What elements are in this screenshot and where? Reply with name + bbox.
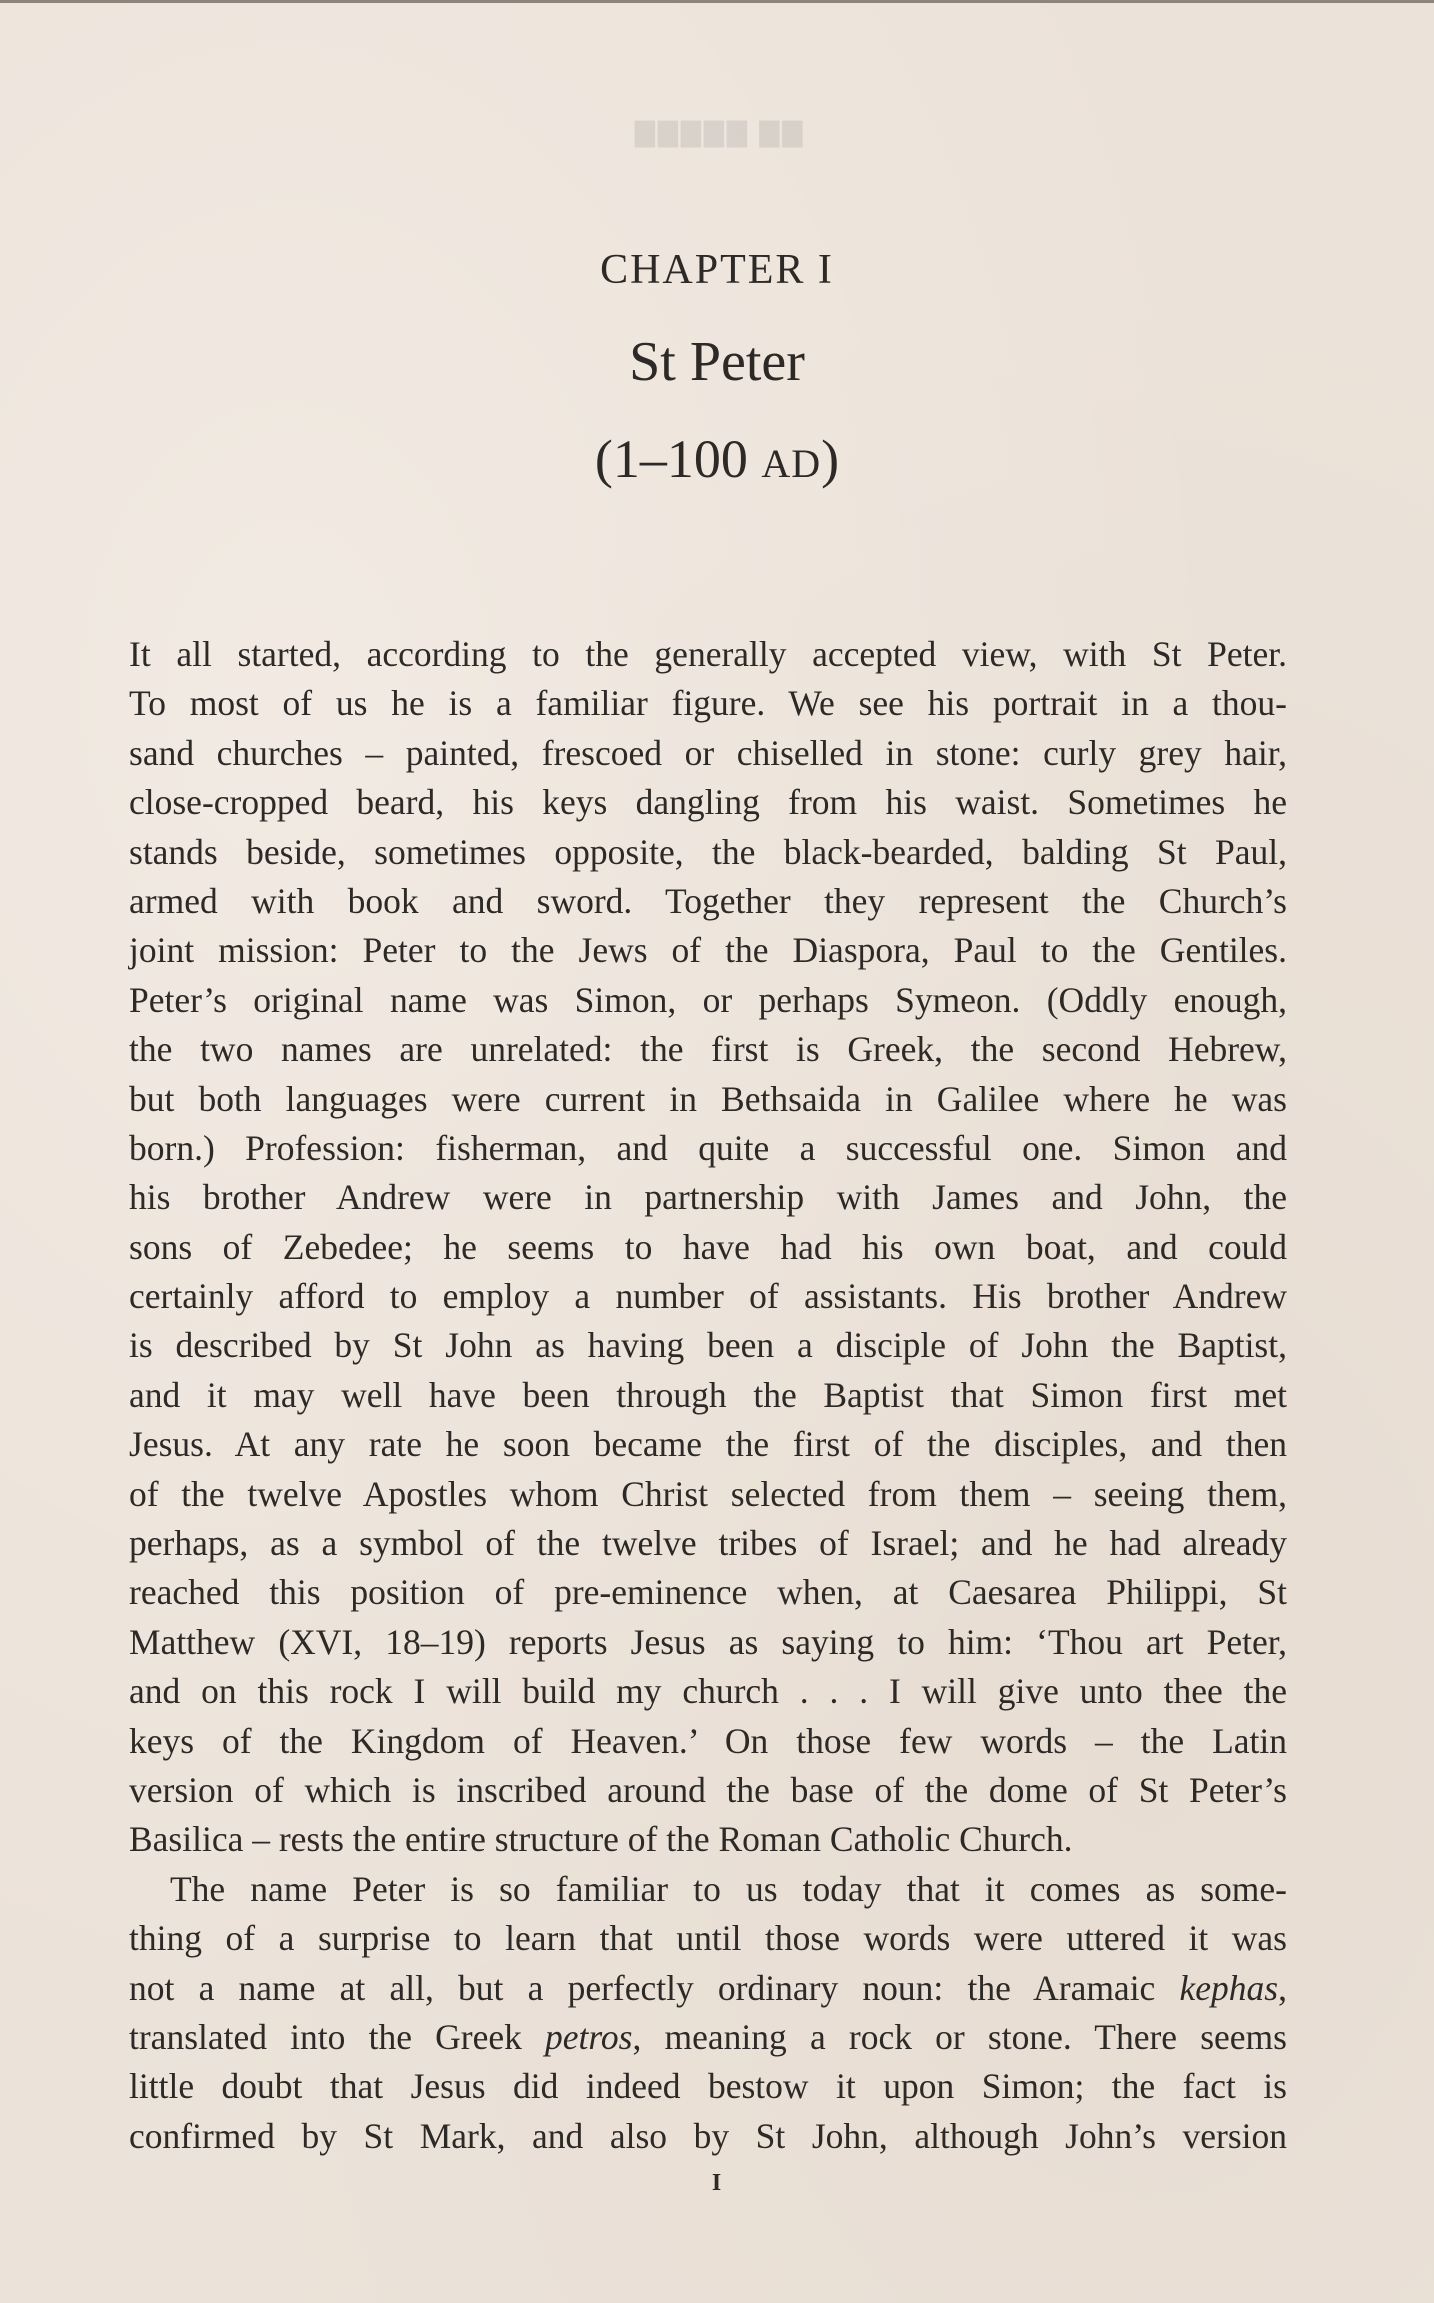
text-line: joint mission: Peter to the Jews of the … — [129, 926, 1287, 975]
text-line-with-italic: translated into the Greek petros, meanin… — [129, 2013, 1287, 2062]
dates-range: (1–100 — [595, 429, 761, 489]
italic-term-kephas: kephas — [1180, 1968, 1279, 2008]
italic-term-petros: petros — [545, 2017, 632, 2057]
text-line: Basilica – rests the entire structure of… — [129, 1815, 1287, 1864]
text-segment: , — [1278, 1968, 1287, 2008]
text-line: of the twelve Apostles whom Christ selec… — [129, 1470, 1287, 1519]
body-text: It all started, according to the general… — [129, 630, 1287, 2161]
text-segment: not a name at all, but a perfectly ordin… — [129, 1968, 1180, 2008]
text-line: Jesus. At any rate he soon became the fi… — [129, 1420, 1287, 1469]
text-line: little doubt that Jesus did indeed besto… — [129, 2062, 1287, 2111]
text-line: reached this position of pre-eminence wh… — [129, 1568, 1287, 1617]
paragraph-2: The name Peter is so familiar to us toda… — [129, 1865, 1287, 2161]
text-line: Peter’s original name was Simon, or perh… — [129, 976, 1287, 1025]
text-line: thing of a surprise to learn that until … — [129, 1914, 1287, 1963]
text-line: The name Peter is so familiar to us toda… — [129, 1865, 1287, 1914]
text-line: the two names are unrelated: the first i… — [129, 1025, 1287, 1074]
text-segment: , meaning a rock or stone. There seems — [632, 2017, 1287, 2057]
text-line: version of which is inscribed around the… — [129, 1766, 1287, 1815]
text-line: perhaps, as a symbol of the twelve tribe… — [129, 1519, 1287, 1568]
text-line: keys of the Kingdom of Heaven.’ On those… — [129, 1717, 1287, 1766]
text-line: sons of Zebedee; he seems to have had hi… — [129, 1223, 1287, 1272]
show-through-running-head: ▇▇ ▇▇▇▇▇ — [0, 118, 1434, 148]
text-line: is described by St John as having been a… — [129, 1321, 1287, 1370]
text-line: stands beside, sometimes opposite, the b… — [129, 828, 1287, 877]
text-line: and it may well have been through the Ba… — [129, 1371, 1287, 1420]
text-line: sand churches – painted, frescoed or chi… — [129, 729, 1287, 778]
text-line: Matthew (XVI, 18–19) reports Jesus as sa… — [129, 1618, 1287, 1667]
chapter-label: CHAPTER I — [0, 245, 1434, 295]
chapter-dates: (1–100 AD) — [0, 428, 1434, 495]
chapter-title: St Peter — [0, 330, 1434, 394]
dates-close: ) — [821, 429, 839, 489]
text-segment: translated into the Greek — [129, 2017, 545, 2057]
text-line: born.) Profession: fisherman, and quite … — [129, 1124, 1287, 1173]
page-number: I — [0, 2170, 1434, 2197]
paragraph-1: It all started, according to the general… — [129, 630, 1287, 1865]
text-line: his brother Andrew were in partnership w… — [129, 1173, 1287, 1222]
text-line-with-italic: not a name at all, but a perfectly ordin… — [129, 1964, 1287, 2013]
text-line: confirmed by St Mark, and also by St Joh… — [129, 2112, 1287, 2161]
page-top-edge — [0, 0, 1434, 3]
text-line: but both languages were current in Beths… — [129, 1075, 1287, 1124]
text-line: To most of us he is a familiar figure. W… — [129, 679, 1287, 728]
text-line: certainly afford to employ a number of a… — [129, 1272, 1287, 1321]
text-line: armed with book and sword. Together they… — [129, 877, 1287, 926]
text-line: close-cropped beard, his keys dangling f… — [129, 778, 1287, 827]
text-line: It all started, according to the general… — [129, 630, 1287, 679]
text-line: and on this rock I will build my church … — [129, 1667, 1287, 1716]
dates-era: AD — [761, 441, 821, 486]
